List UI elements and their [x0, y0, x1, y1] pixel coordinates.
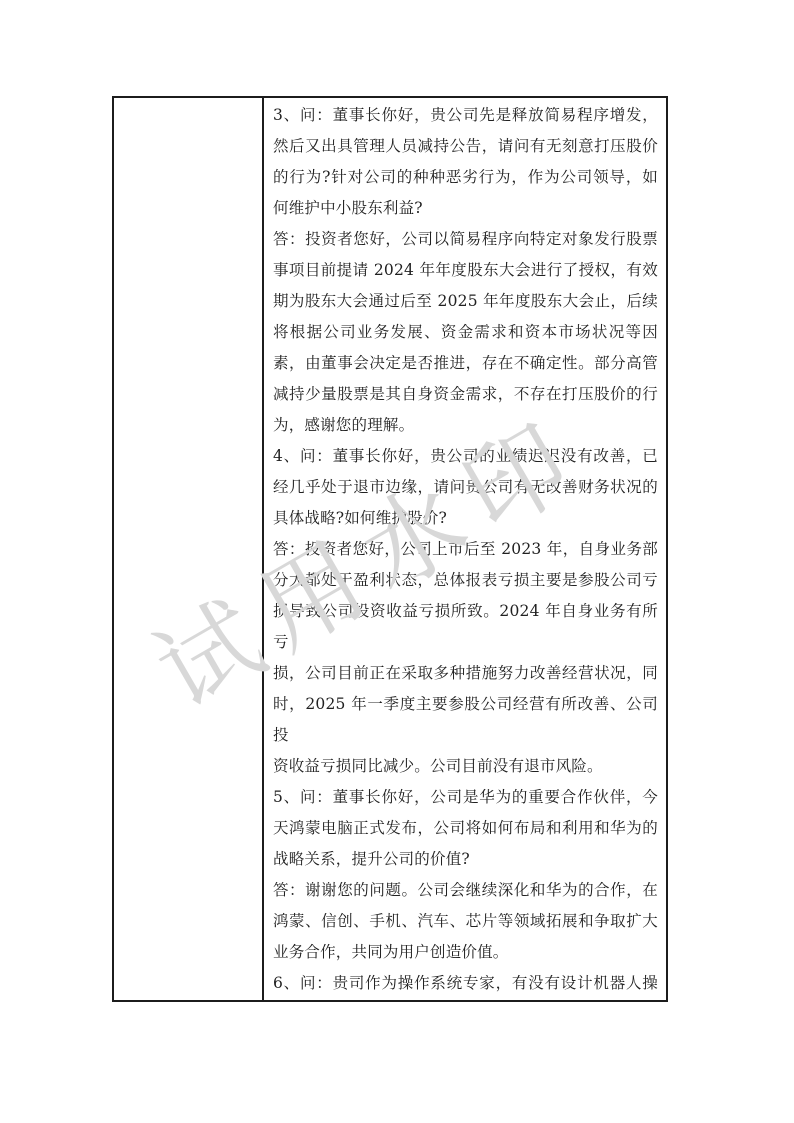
table-cell-qa: 3、问：董事长你好，贵公司先是释放简易程序增发，然后又出具管理人员减持公告，请问… [264, 98, 666, 1000]
text-line: 将根据公司业务发展、资金需求和资本市场状况等因 [273, 317, 658, 348]
text-line: 素，由董事会决定是否推进，存在不确定性。部分高管 [273, 348, 658, 379]
text-line: 的行为?针对公司的种种恶劣行为，作为公司领导，如 [273, 162, 658, 193]
text-line: 作系统的业务？ [273, 999, 658, 1000]
text-line: 为，感谢您的理解。 [273, 410, 658, 441]
text-line: 4、问：董事长你好，贵公司的业绩迟迟没有改善，已 [273, 441, 658, 472]
text-line: 分大都处于盈利状态，总体报表亏损主要是参股公司亏 [273, 565, 658, 596]
text-line: 答：投资者您好，公司以简易程序向特定对象发行股票 [273, 224, 658, 255]
text-line: 损，公司目前正在采取多种措施努力改善经营状况，同 [273, 658, 658, 689]
text-line: 资收益亏损同比减少。公司目前没有退市风险。 [273, 751, 658, 782]
text-line: 何维护中小股东利益? [273, 193, 658, 224]
text-line: 然后又出具管理人员减持公告，请问有无刻意打压股价 [273, 131, 658, 162]
text-line: 经几乎处于退市边缘，请问贵公司有无改善财务状况的 [273, 472, 658, 503]
text-line: 业务合作，共同为用户创造价值。 [273, 937, 658, 968]
text-line: 时，2025 年一季度主要参股公司经营有所改善、公司投 [273, 689, 658, 751]
text-line: 鸿蒙、信创、手机、汽车、芯片等领域拓展和争取扩大 [273, 906, 658, 937]
text-line: 答：投资者您好，公司上市后至 2023 年，自身业务部 [273, 534, 658, 565]
qa-table: 3、问：董事长你好，贵公司先是释放简易程序增发，然后又出具管理人员减持公告，请问… [112, 96, 668, 1002]
text-line: 损导致公司投资收益亏损所致。2024 年自身业务有所亏 [273, 596, 658, 658]
table-cell-empty [114, 98, 264, 1000]
text-line: 6、问：贵司作为操作系统专家，有没有设计机器人操 [273, 968, 658, 999]
text-line: 期为股东大会通过后至 2025 年年度股东大会止，后续 [273, 286, 658, 317]
document-page: 3、问：董事长你好，贵公司先是释放简易程序增发，然后又出具管理人员减持公告，请问… [0, 0, 794, 1123]
text-line: 事项目前提请 2024 年年度股东大会进行了授权，有效 [273, 255, 658, 286]
text-line: 具体战略?如何维护股价? [273, 503, 658, 534]
text-line: 减持少量股票是其自身资金需求，不存在打压股价的行 [273, 379, 658, 410]
text-line: 5、问：董事长你好，公司是华为的重要合作伙伴，今 [273, 782, 658, 813]
text-line: 3、问：董事长你好，贵公司先是释放简易程序增发， [273, 100, 658, 131]
text-line: 天鸿蒙电脑正式发布，公司将如何布局和利用和华为的 [273, 813, 658, 844]
text-line: 答：谢谢您的问题。公司会继续深化和华为的合作，在 [273, 875, 658, 906]
text-line: 战略关系，提升公司的价值? [273, 844, 658, 875]
